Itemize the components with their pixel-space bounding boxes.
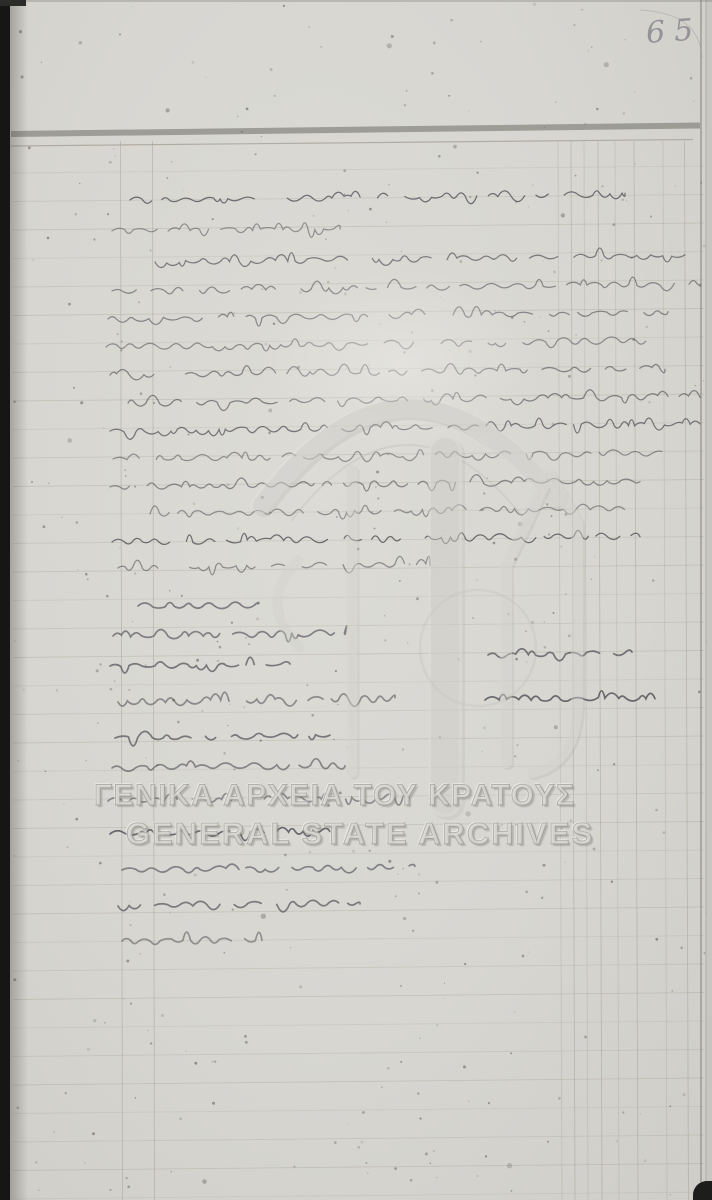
speckle — [316, 834, 319, 837]
speckle — [119, 33, 121, 35]
speckle — [121, 341, 123, 343]
column-rule — [615, 141, 619, 1200]
speckle — [339, 791, 342, 794]
speckle — [284, 854, 287, 857]
speckle — [115, 155, 116, 156]
handwriting-line — [112, 223, 340, 238]
speckle — [429, 1162, 431, 1164]
speckle — [255, 786, 256, 787]
speckle — [245, 1041, 248, 1044]
speckle — [376, 471, 379, 474]
speckle — [365, 1162, 367, 1164]
speckle — [703, 380, 704, 381]
speckle — [150, 1042, 152, 1044]
speckle — [268, 408, 272, 412]
speckle — [703, 244, 706, 247]
speckle — [400, 1061, 402, 1063]
top-left-corner-shadow — [0, 0, 26, 6]
speckle — [575, 175, 577, 177]
left-margin-rule — [153, 141, 155, 1200]
speckle — [202, 1179, 206, 1183]
speckle — [388, 184, 390, 186]
speckle — [515, 201, 517, 203]
speckle — [553, 612, 555, 614]
speckle — [525, 630, 527, 632]
speckle — [219, 646, 222, 649]
speckle — [477, 172, 479, 174]
speckle — [482, 751, 483, 752]
speckle — [244, 706, 245, 707]
speckle — [135, 1097, 137, 1099]
speckle — [232, 908, 234, 910]
speckle — [56, 689, 58, 691]
speckle — [150, 250, 152, 252]
speckle — [601, 259, 603, 261]
speckle — [333, 739, 334, 740]
speckle — [548, 534, 550, 536]
speckle — [594, 556, 595, 557]
speckle — [554, 725, 558, 729]
speckle — [480, 41, 481, 42]
speckle — [78, 41, 82, 45]
speckle — [97, 722, 99, 724]
speckle — [331, 793, 334, 796]
speckle — [175, 765, 176, 766]
speckle — [604, 62, 609, 67]
handwriting-line — [110, 657, 290, 673]
speckle — [45, 770, 47, 772]
h-rule — [13, 993, 704, 1000]
speckle — [325, 238, 327, 240]
speckle — [125, 475, 126, 476]
speckle — [367, 1173, 368, 1174]
speckle — [130, 901, 131, 902]
speckle — [196, 659, 199, 662]
h-rule — [13, 1192, 704, 1199]
speckle — [515, 658, 518, 661]
speckle — [622, 199, 624, 201]
speckle — [634, 163, 636, 165]
speckle — [510, 1052, 512, 1054]
speckle — [214, 1060, 216, 1062]
speckle — [485, 1155, 487, 1157]
speckle — [575, 334, 576, 335]
speckle — [402, 748, 405, 751]
speckle — [109, 161, 112, 164]
heavy-header-rule — [11, 126, 700, 135]
speckle — [644, 1159, 647, 1162]
speckle — [374, 528, 376, 530]
speckle — [179, 1118, 182, 1121]
speckle — [528, 951, 529, 952]
speckle — [227, 725, 228, 726]
handwriting-line — [138, 602, 259, 608]
speckle — [283, 5, 285, 7]
top-page-edge — [26, 0, 712, 2]
speckle — [565, 593, 567, 595]
speckle — [163, 893, 166, 896]
speckle — [244, 1035, 247, 1038]
speckle — [320, 46, 322, 48]
speckle — [501, 824, 503, 826]
speckle — [132, 621, 133, 622]
speckle — [53, 1131, 55, 1133]
speckle — [425, 1152, 428, 1155]
speckle — [145, 757, 147, 759]
speckle — [313, 215, 315, 217]
speckle — [334, 267, 336, 269]
speckle — [334, 1141, 337, 1144]
speckle — [384, 639, 386, 641]
speckle — [547, 1141, 549, 1143]
speckle — [171, 161, 173, 163]
speckle — [290, 947, 291, 948]
speckle — [601, 185, 603, 187]
speckle — [75, 818, 78, 821]
speckle — [438, 155, 441, 158]
speckle — [103, 427, 104, 428]
h-rule — [13, 1164, 704, 1171]
speckle — [255, 153, 257, 155]
speckle — [368, 849, 371, 852]
speckle — [299, 291, 302, 294]
speckle — [406, 90, 408, 92]
speckle — [388, 860, 391, 863]
speckle — [237, 527, 239, 529]
speckle — [402, 868, 403, 869]
binding-shadow — [10, 0, 28, 1200]
speckle — [337, 704, 339, 706]
speckle — [73, 387, 75, 389]
speckle — [541, 897, 543, 899]
speckle — [612, 223, 615, 226]
speckle — [127, 1185, 130, 1188]
speckle — [433, 41, 436, 44]
speckle — [584, 1036, 587, 1039]
speckle — [483, 726, 486, 729]
speckle — [400, 985, 402, 987]
speckle — [539, 316, 540, 317]
speckle — [241, 131, 243, 133]
thin-header-rule — [11, 140, 693, 147]
speckle — [465, 811, 470, 816]
speckle — [309, 851, 311, 853]
speckle — [84, 1162, 85, 1163]
speckle — [371, 511, 374, 514]
speckle — [357, 1146, 360, 1149]
speckle — [126, 960, 129, 963]
speckle — [397, 874, 399, 876]
speckle — [261, 914, 266, 919]
speckle — [514, 1012, 515, 1013]
speckle — [166, 108, 170, 112]
speckle — [207, 823, 210, 826]
h-rule — [13, 1107, 704, 1114]
speckle — [418, 892, 420, 894]
handwriting-line — [108, 793, 424, 805]
speckle — [623, 112, 625, 114]
speckle — [448, 260, 449, 261]
speckle — [526, 661, 528, 663]
speckle — [675, 185, 676, 186]
speckle — [387, 1067, 390, 1070]
speckle — [299, 985, 302, 988]
speckle — [444, 983, 445, 984]
speckle — [67, 847, 68, 848]
speckle — [139, 953, 141, 955]
handwriting-line — [113, 626, 347, 642]
h-rule — [13, 1135, 704, 1142]
speckle — [404, 104, 406, 106]
speckle — [248, 643, 250, 645]
archives-logo-watermark — [260, 268, 579, 803]
speckle — [395, 895, 397, 897]
speckle — [229, 704, 231, 706]
speckle — [622, 1111, 624, 1113]
speckle — [561, 546, 563, 548]
speckle — [436, 1177, 437, 1178]
speckle — [43, 525, 46, 528]
speckle — [511, 1190, 513, 1192]
speckle — [246, 108, 249, 111]
speckle — [187, 433, 189, 435]
speckle — [311, 714, 314, 717]
speckle — [394, 1167, 397, 1170]
speckle — [201, 710, 203, 712]
speckle — [194, 874, 197, 877]
speckle — [543, 260, 544, 261]
speckle — [410, 1179, 413, 1182]
speckle — [107, 213, 109, 215]
h-rule — [13, 1050, 704, 1057]
speckle — [309, 27, 310, 28]
speckle — [648, 401, 650, 403]
speckle — [75, 213, 78, 216]
speckle — [63, 803, 64, 804]
speckle — [361, 1141, 364, 1144]
speckle — [260, 740, 262, 742]
speckle — [211, 1060, 214, 1063]
speckle — [597, 769, 599, 771]
speckle — [85, 760, 86, 761]
speckle — [138, 301, 140, 303]
speckle — [99, 663, 101, 665]
speckle — [391, 35, 394, 38]
speckle — [652, 579, 654, 581]
speckle — [113, 148, 115, 150]
speckle — [663, 831, 666, 834]
speckle — [99, 862, 102, 865]
speckle — [613, 763, 616, 766]
speckle — [327, 804, 330, 807]
speckle — [568, 375, 571, 378]
speckle — [448, 95, 450, 97]
speckle — [169, 366, 171, 368]
speckle — [107, 489, 108, 490]
speckle — [134, 573, 136, 575]
speckle — [192, 61, 195, 64]
speckle — [698, 691, 701, 694]
speckle — [77, 569, 78, 570]
speckle — [169, 590, 171, 592]
h-rule — [13, 936, 704, 943]
speckle — [568, 634, 571, 637]
column-rule — [558, 141, 562, 1200]
speckle — [417, 1092, 420, 1095]
speckle — [561, 828, 563, 830]
speckle — [453, 145, 457, 149]
speckle — [435, 881, 438, 884]
speckle — [650, 216, 652, 218]
speckle — [488, 1102, 490, 1104]
h-rule — [13, 1078, 704, 1085]
handwriting-line — [118, 556, 430, 575]
speckle — [656, 415, 657, 416]
handwriting-block-signature-list-left — [108, 626, 424, 945]
speckle — [581, 9, 583, 11]
speckle — [156, 764, 158, 766]
speckle — [223, 752, 226, 755]
speckle — [626, 200, 627, 201]
speckle — [170, 1171, 172, 1173]
speckle — [177, 721, 180, 724]
speckle — [237, 116, 238, 117]
scan-artwork-layer — [0, 0, 712, 1200]
speckle — [555, 102, 556, 103]
speckle — [399, 580, 401, 582]
speckle — [381, 1086, 383, 1088]
speckle — [476, 1175, 478, 1177]
speckle — [130, 924, 132, 926]
speckle — [611, 880, 613, 882]
speckle — [532, 184, 533, 185]
speckle — [87, 578, 89, 580]
speckle — [125, 1177, 127, 1179]
speckle — [286, 889, 288, 891]
speckle — [420, 1038, 421, 1039]
speckle — [256, 617, 259, 620]
handwriting-line — [130, 191, 625, 204]
speckle — [682, 1093, 685, 1096]
speckle — [268, 432, 271, 435]
speckle — [596, 108, 599, 111]
speckle — [193, 503, 196, 506]
speckle — [680, 946, 683, 949]
speckle — [166, 177, 168, 179]
speckle — [552, 423, 555, 426]
speckle — [347, 1124, 348, 1125]
speckle — [444, 998, 445, 999]
speckle — [450, 19, 452, 21]
speckle — [588, 50, 589, 51]
speckle — [544, 621, 545, 622]
speckle — [185, 1050, 186, 1051]
column-rule — [663, 141, 667, 1200]
speckle — [336, 516, 338, 518]
speckle — [669, 1105, 671, 1107]
h-rule — [13, 195, 704, 202]
speckle — [631, 257, 633, 259]
speckle — [558, 1097, 561, 1100]
speckle — [234, 769, 236, 771]
speckle — [328, 799, 331, 802]
speckle — [65, 1092, 67, 1094]
speckle — [403, 917, 406, 920]
h-rule — [13, 166, 704, 173]
speckle — [223, 952, 225, 954]
speckle — [671, 990, 673, 992]
speckle — [119, 547, 121, 549]
speckle — [387, 43, 392, 48]
speckle — [694, 385, 696, 387]
speckle — [96, 669, 99, 672]
speckle — [573, 24, 575, 26]
speckle — [468, 110, 469, 111]
speckle — [418, 873, 421, 876]
speckle — [75, 521, 78, 524]
speckle — [35, 1161, 37, 1163]
binding-edge — [0, 0, 10, 1200]
speckle — [468, 1101, 469, 1102]
speckle — [117, 333, 119, 335]
speckle — [472, 617, 474, 619]
h-rule — [13, 1021, 704, 1028]
speckle — [47, 237, 50, 240]
speckle — [561, 213, 565, 217]
speckle — [114, 680, 115, 681]
speckle — [128, 689, 131, 692]
speckle — [343, 169, 346, 172]
speckle — [48, 483, 49, 484]
speckle — [132, 6, 133, 7]
handwriting-block-section-heading — [138, 602, 259, 608]
speckle — [533, 3, 536, 6]
speckle — [261, 288, 262, 289]
speckle — [170, 913, 171, 914]
speckle — [693, 101, 694, 102]
speckle — [375, 486, 377, 488]
speckle — [130, 1003, 132, 1005]
speckle — [670, 1194, 671, 1195]
speckle — [646, 326, 648, 328]
speckle — [433, 1150, 435, 1152]
speckle — [402, 136, 403, 137]
speckle — [68, 303, 71, 306]
speckle — [124, 469, 126, 471]
speckle — [464, 963, 466, 965]
column-rule — [598, 141, 602, 1200]
h-rule — [13, 964, 704, 971]
speckle — [419, 1117, 421, 1119]
speckle — [514, 755, 516, 757]
speckle — [306, 684, 308, 686]
speckle — [401, 251, 402, 252]
h-rule — [13, 907, 704, 914]
speckle — [412, 930, 414, 932]
speckle — [261, 136, 262, 137]
speckle — [140, 392, 143, 395]
speckle — [522, 955, 525, 958]
speckle — [507, 1163, 512, 1168]
speckle — [85, 573, 88, 576]
speckle — [38, 1189, 40, 1191]
speckle — [416, 597, 419, 600]
speckle — [409, 563, 411, 565]
speckle — [543, 864, 546, 867]
speckle — [483, 492, 485, 494]
speckle — [553, 271, 556, 274]
speckle — [104, 1022, 106, 1024]
